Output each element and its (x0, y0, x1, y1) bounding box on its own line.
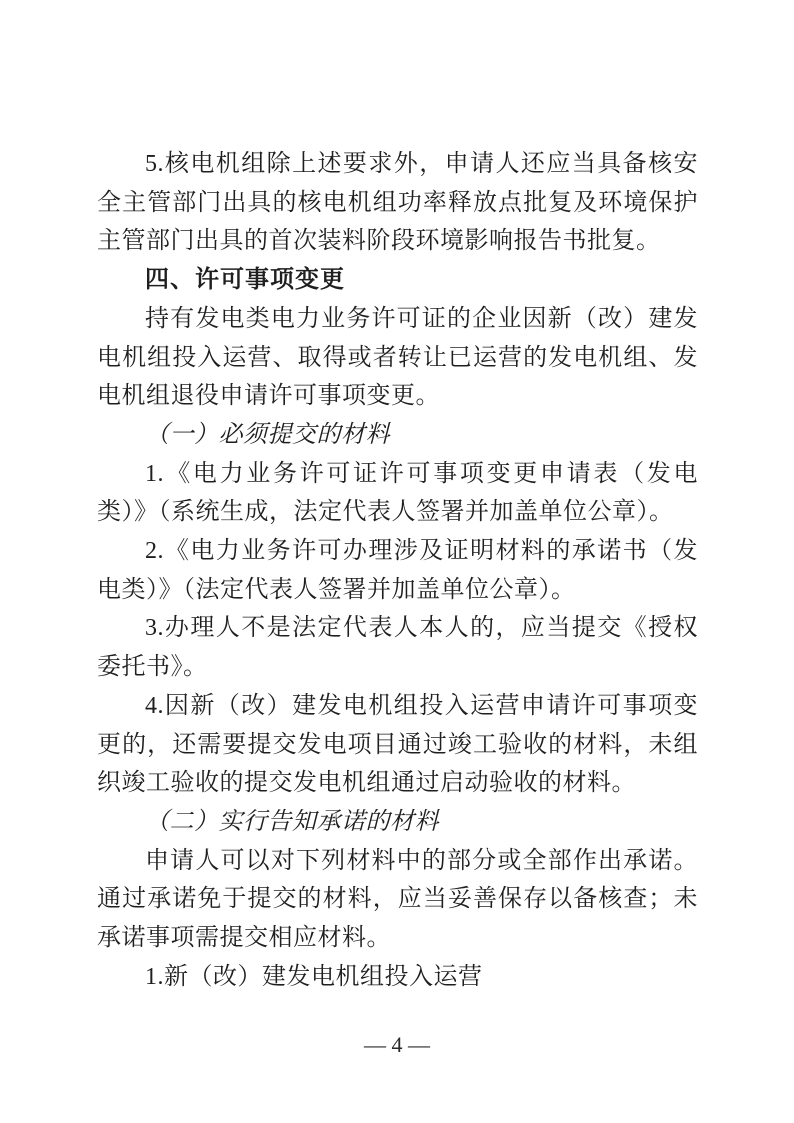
document-page: 5.核电机组除上述要求外，申请人还应当具备核安全主管部门出具的核电机组功率释放点… (0, 0, 794, 1123)
paragraph: 持有发电类电力业务许可证的企业因新（改）建发电机组投入运营、取得或者转让已运营的… (97, 300, 698, 416)
page-number: — 4 — (0, 1032, 794, 1058)
sub-heading: （一）必须提交的材料 (97, 416, 698, 455)
paragraph: 1.新（改）建发电机组投入运营 (97, 958, 698, 997)
sub-heading: （二）实行告知承诺的材料 (97, 803, 698, 842)
paragraph: 1.《电力业务许可证许可事项变更申请表（发电类）》（系统生成，法定代表人签署并加… (97, 455, 698, 532)
paragraph: 申请人可以对下列材料中的部分或全部作出承诺。通过承诺免于提交的材料，应当妥善保存… (97, 842, 698, 958)
document-body: 5.核电机组除上述要求外，申请人还应当具备核安全主管部门出具的核电机组功率释放点… (97, 145, 698, 996)
paragraph: 3.办理人不是法定代表人本人的，应当提交《授权委托书》。 (97, 609, 698, 686)
paragraph: 2.《电力业务许可办理涉及证明材料的承诺书（发电类）》（法定代表人签署并加盖单位… (97, 532, 698, 609)
paragraph: 5.核电机组除上述要求外，申请人还应当具备核安全主管部门出具的核电机组功率释放点… (97, 145, 698, 261)
section-heading: 四、许可事项变更 (97, 261, 698, 300)
paragraph: 4.因新（改）建发电机组投入运营申请许可事项变更的，还需要提交发电项目通过竣工验… (97, 687, 698, 803)
